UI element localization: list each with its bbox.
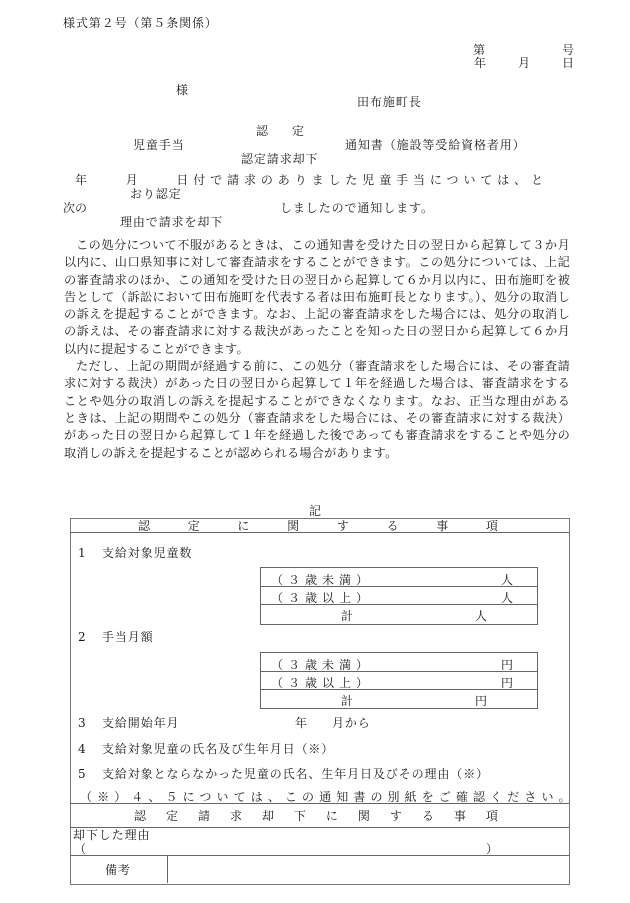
item-4-number: 4 [78,743,86,755]
total-unit: 円 [475,692,487,709]
title-right: 通知書（施設等受給資格者用） [345,139,526,151]
header-char: 項 [486,810,498,822]
header-char: に [326,810,338,822]
header-char: 関 [358,810,370,822]
header-char: す [337,520,349,532]
header-char: 求 [230,810,242,822]
item-2-label: 手当月額 [102,631,154,643]
header-char: 関 [287,520,299,532]
form-id: 様式第２号（第５条関係） [63,17,218,29]
header-char: 認 [138,520,150,532]
item-3-label: 支給開始年月 [102,717,179,729]
total-unit: 人 [475,607,487,624]
divider [70,803,569,804]
item-1-number: 1 [78,547,86,559]
intro-stack-bottom: 理由で請求を却下 [120,216,223,228]
header-char: る [387,520,399,532]
divider [70,532,569,533]
intro-line1: 年 月 日付で請求のありました児童手当については、と [75,174,548,186]
header-char: に [237,520,249,532]
annex-note: （※）４、５については、この通知書の別紙をご確認ください。 [80,791,576,803]
children-3-plus-row: （３歳以上） 人 [261,586,537,605]
amount-total-row: 計 円 [261,689,537,707]
amount-3-plus-row: （３歳以上） 円 [261,671,537,690]
rejection-reason-paren-open: （ [74,843,86,855]
doc-number-suffix: 号 [562,44,574,56]
header-char: 定 [188,520,200,532]
header-char: す [390,810,402,822]
item-1-label: 支給対象児童数 [102,547,192,559]
date-month: 月 [518,57,530,69]
ki-label: 記 [309,505,321,517]
title-stack-top: 認 定 [256,125,304,137]
date-day: 日 [562,57,574,69]
monthly-amount-box: （３歳未満） 円 （３歳以上） 円 計 円 [260,652,538,709]
header-char: る [422,810,434,822]
intro-line2-left: 次の [63,202,87,214]
item-4-label: 支給対象児童の氏名及び生年月日（※） [102,743,334,755]
title-stack-bottom: 認定請求却下 [241,153,318,165]
header-char: 事 [454,810,466,822]
item-3-number: 3 [78,717,86,729]
approval-section-header: 認 定 に 関 す る 事 項 [138,520,498,532]
header-char: 下 [294,810,306,822]
total-label: 計 [341,692,353,709]
header-char: 定 [166,810,178,822]
rejection-reason-label: 却下した理由 [73,829,150,841]
doc-number-prefix: 第 [473,44,485,56]
total-label: 計 [341,607,353,624]
notice-paragraph-1: この処分について不服があるときは、この通知書を受けた日の翌日から起算して３か月以… [64,237,570,358]
item-5-label: 支給対象とならなかった児童の氏名、生年月日及びその理由（※） [102,768,489,780]
item-5-number: 5 [78,768,86,780]
item-3-month: 月から [332,717,371,729]
item-2-number: 2 [78,631,86,643]
header-char: 却 [262,810,274,822]
intro-stack-top: おり認定 [130,188,182,200]
addressee-suffix: 様 [176,84,188,96]
header-char: 請 [198,810,210,822]
title-left: 児童手当 [133,139,185,151]
amount-under-3-row: （３歳未満） 円 [261,653,537,672]
remarks-field[interactable] [168,856,568,883]
header-char: 認 [134,810,146,822]
intro-line2-right: しましたので通知します。 [280,202,434,214]
children-under-3-row: （３歳未満） 人 [261,568,537,587]
notice-text: この処分について不服があるときは、この通知書を受けた日の翌日から起算して３か月以… [64,237,570,462]
header-char: 項 [486,520,498,532]
rejection-section-header: 認 定 請 求 却 下 に 関 す る 事 項 [134,810,498,822]
date-year: 年 [474,57,486,69]
children-count-box: （３歳未満） 人 （３歳以上） 人 計 人 [260,567,538,625]
remarks-label: 備考 [105,864,131,876]
rejection-reason-paren-close: ） [486,843,498,855]
children-total-row: 計 人 [261,604,537,623]
notice-paragraph-2: ただし、上記の期間が経過する前に、この処分（審査請求をした場合には、その審査請求… [64,358,570,462]
header-char: 事 [436,520,448,532]
issuer: 田布施町長 [357,96,422,108]
item-3-year: 年 [295,717,307,729]
